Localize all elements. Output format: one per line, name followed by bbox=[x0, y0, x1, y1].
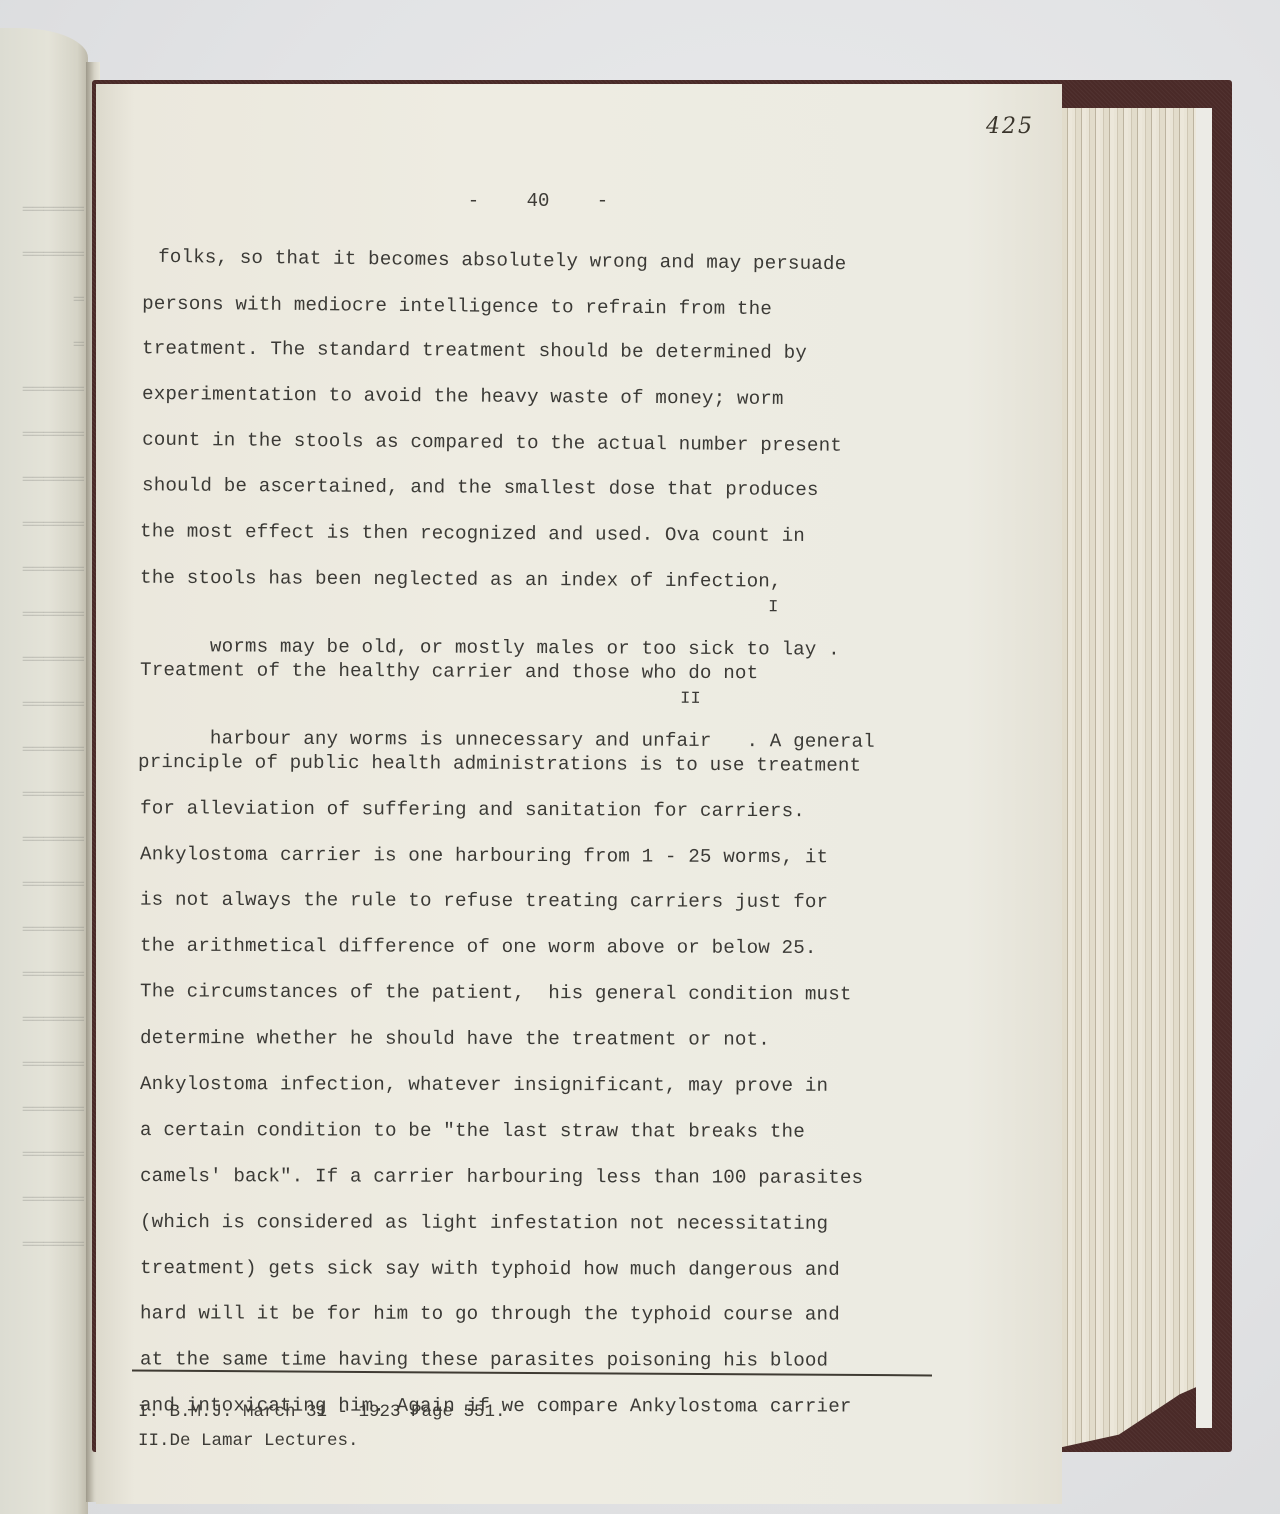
endpaper bbox=[1196, 108, 1212, 1428]
text-line: harbour any worms is unnecessary and unf… bbox=[140, 705, 920, 753]
text-line: the most effect is then recognized and u… bbox=[140, 521, 920, 570]
footnotes: I. B.M.J. March 31 - 1923 Page 551. II.D… bbox=[138, 1402, 506, 1460]
text-line: persons with mediocre intelligence to re… bbox=[142, 292, 922, 343]
text-line: treatment) gets sick say with typhoid ho… bbox=[140, 1257, 920, 1303]
text-line-content: worms may be old, or mostly males or too… bbox=[210, 635, 840, 660]
facing-page-left: ════════════════════════════════════════… bbox=[0, 28, 88, 1514]
handwritten-folio-number: 425 bbox=[986, 114, 1034, 139]
footnote-marker-II: II bbox=[680, 690, 701, 709]
body-text: folks, so that it becomes absolutely wro… bbox=[158, 250, 938, 1391]
text-line: the arithmetical difference of one worm … bbox=[140, 935, 920, 982]
text-line: experimentation to avoid the heavy waste… bbox=[142, 383, 922, 433]
text-line: Ankylostoma infection, whatever insignif… bbox=[140, 1073, 920, 1119]
text-line: hard will it be for him to go through th… bbox=[140, 1303, 920, 1348]
text-line: count in the stools as compared to the a… bbox=[142, 428, 922, 479]
text-line: is not always the rule to refuse treatin… bbox=[140, 889, 920, 936]
text-line: determine whether he should have the tre… bbox=[140, 1027, 920, 1073]
bleed-through-text: ════════════════════════════════════════… bbox=[4, 188, 84, 1268]
text-line-content: harbour any worms is unnecessary and unf… bbox=[210, 727, 875, 752]
text-line: the stools has been neglected as an inde… bbox=[140, 567, 920, 616]
text-line: Ankylostoma carrier is one harbouring fr… bbox=[140, 843, 920, 890]
text-line: treatment. The standard treatment should… bbox=[142, 337, 922, 386]
footnote-marker-I: I bbox=[768, 598, 778, 617]
text-line: should be ascertained, and the smallest … bbox=[142, 475, 922, 524]
text-line: The circumstances of the patient, his ge… bbox=[140, 981, 920, 1028]
footnote-2: II.De Lamar Lectures. bbox=[138, 1431, 506, 1460]
page-number: - 40 - bbox=[448, 190, 628, 212]
typescript-page: 425 - 40 - folks, so that it becomes abs… bbox=[96, 84, 1062, 1504]
page-stack-edge bbox=[1058, 108, 1210, 1448]
text-line: camels' back". If a carrier harbouring l… bbox=[140, 1165, 920, 1211]
footnote-1: I. B.M.J. March 31 - 1923 Page 551. bbox=[138, 1402, 506, 1431]
text-line: principle of public health administratio… bbox=[138, 751, 918, 799]
text-line: a certain condition to be "the last stra… bbox=[140, 1119, 920, 1165]
text-line: Treatment of the healthy carrier and tho… bbox=[140, 659, 920, 707]
text-line: worms may be old, or mostly males or too… bbox=[140, 613, 920, 661]
text-line: folks, so that it becomes absolutely wro… bbox=[158, 246, 938, 298]
text-line: for alleviation of suffering and sanitat… bbox=[140, 797, 920, 844]
text-line: (which is considered as light infestatio… bbox=[140, 1211, 920, 1257]
